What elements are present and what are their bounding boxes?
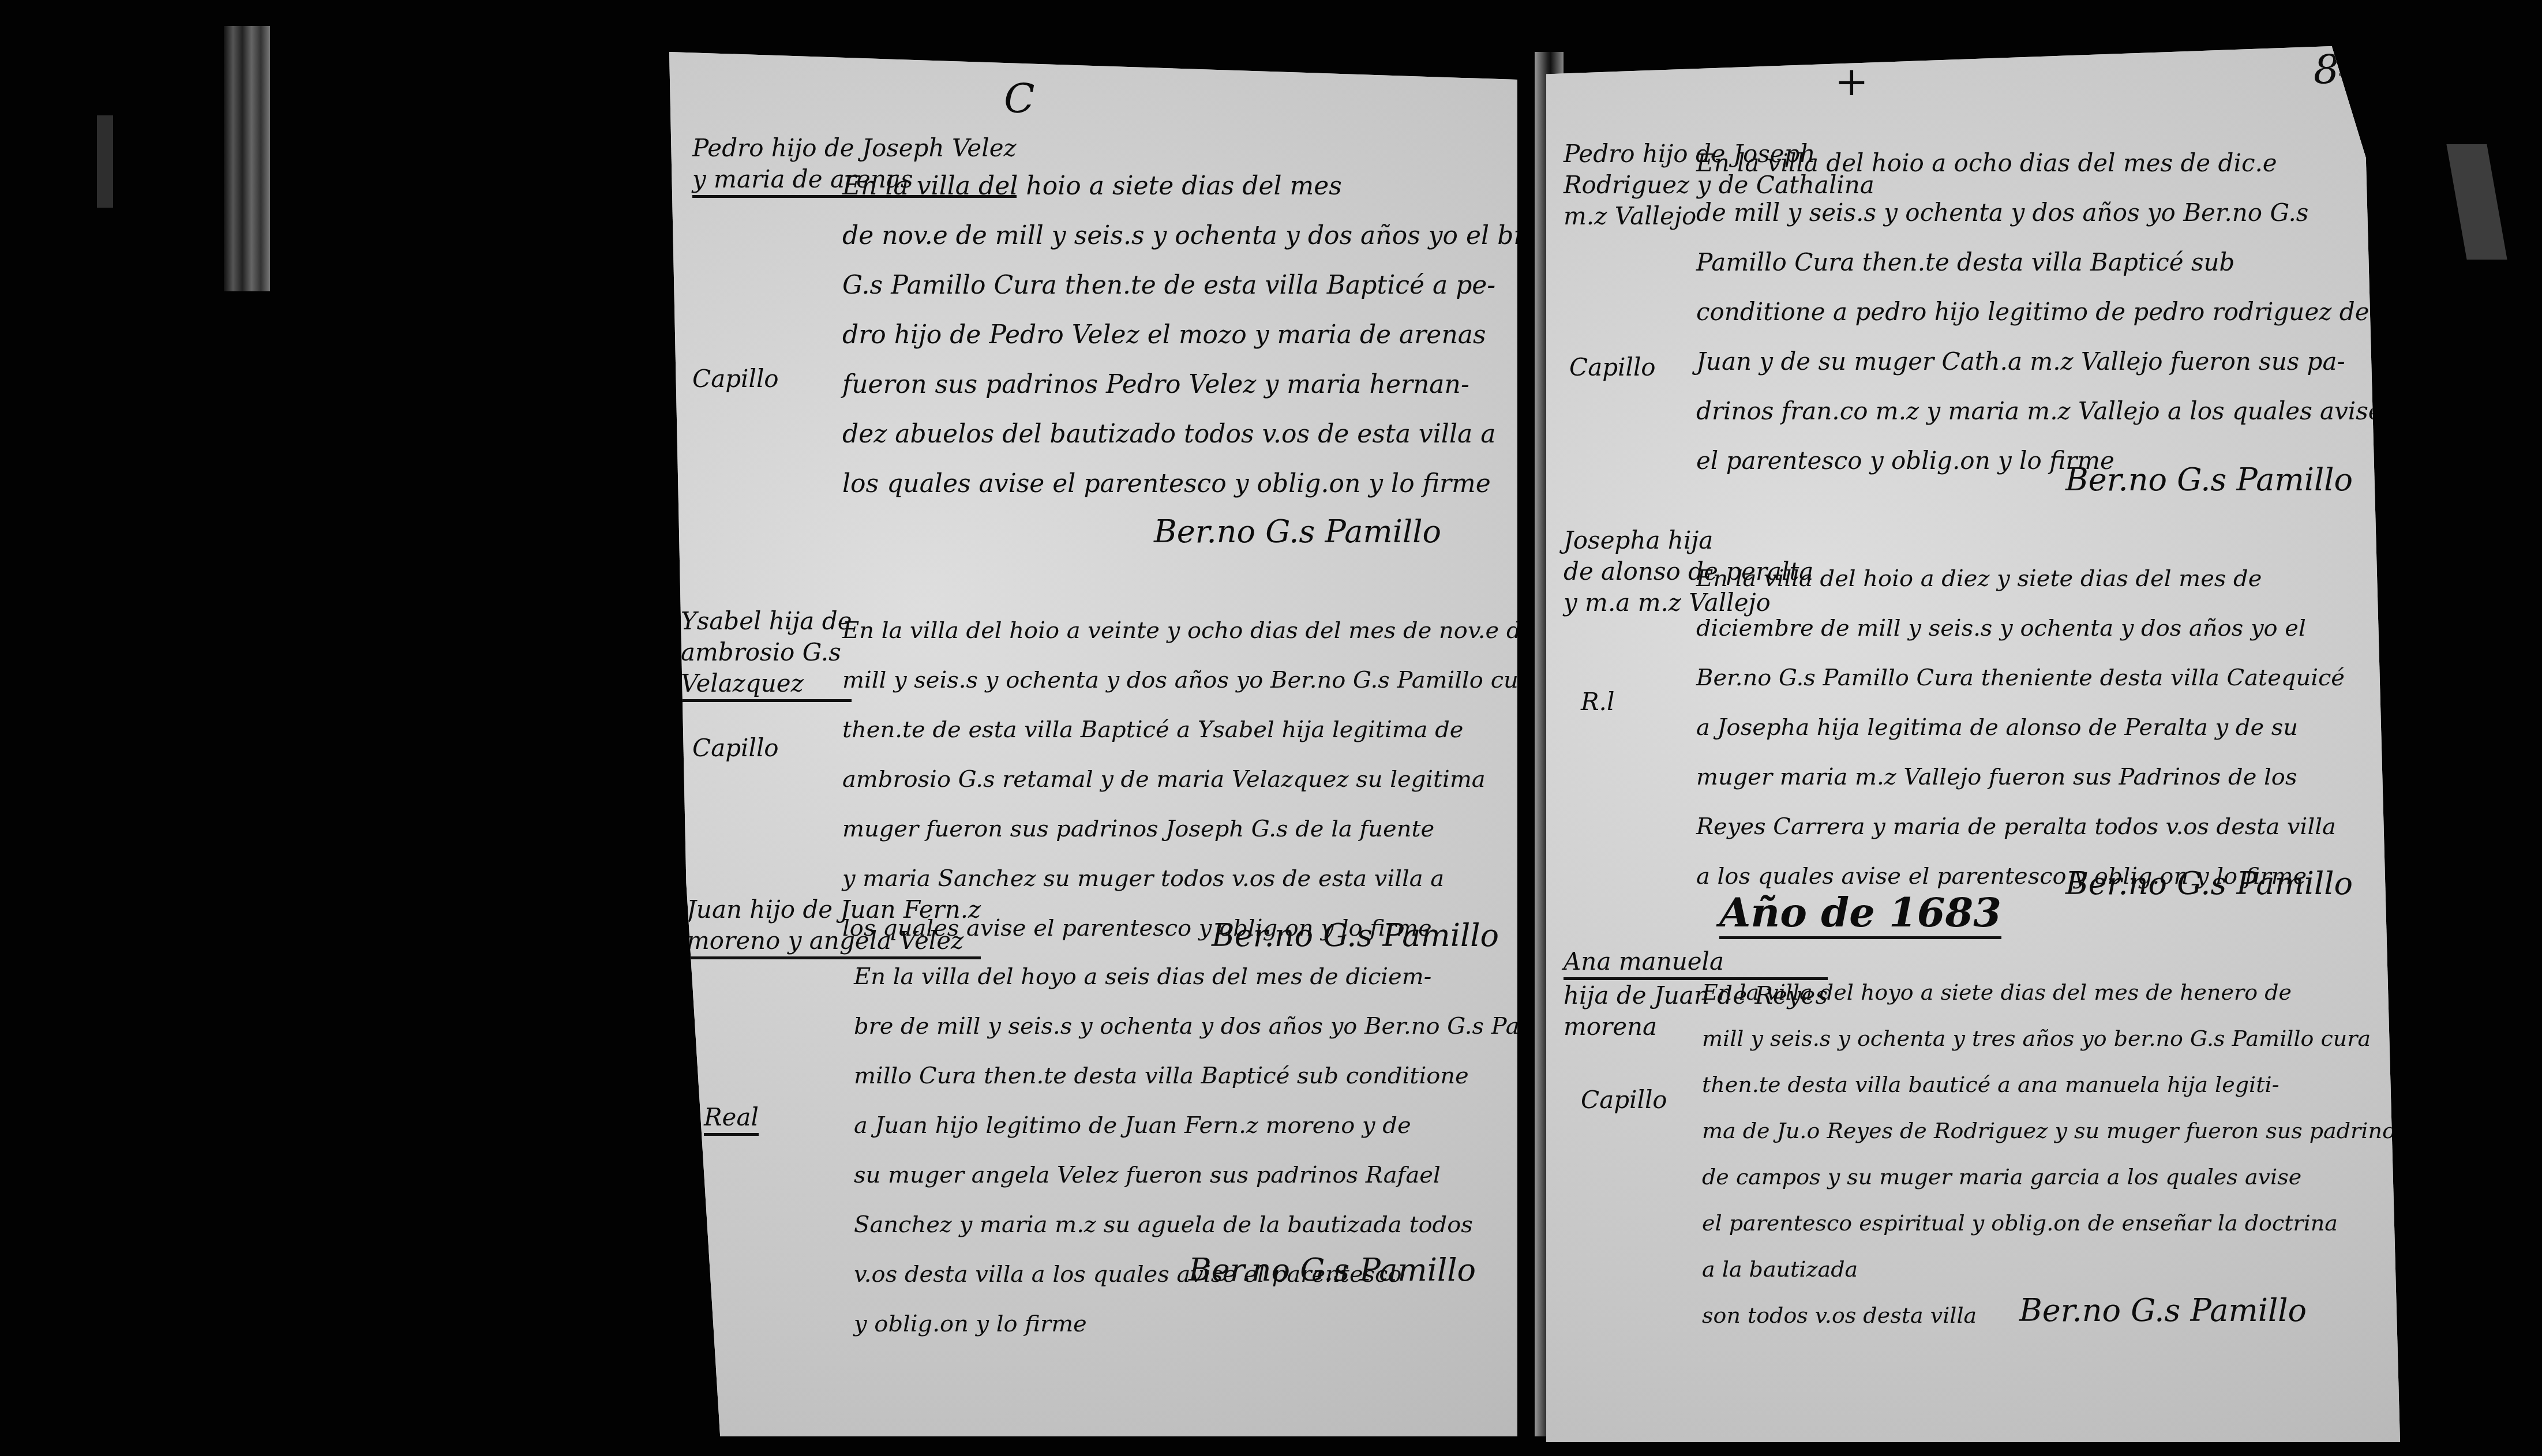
- signature-6: Ber.no G.s Pamillo: [2019, 1292, 2307, 1329]
- year-heading: Año de 1683: [1719, 888, 2001, 939]
- margin-status-4: Capillo: [1569, 352, 1656, 383]
- entry-4-text: En la villa del hoio a ocho dias del mes…: [1696, 138, 2383, 486]
- margin-status-5: R.l: [1581, 686, 1614, 718]
- right-header-mark: +: [1835, 58, 1869, 105]
- signature-5: Ber.no G.s Pamillo: [2065, 865, 2353, 902]
- binding-strip: [97, 115, 113, 208]
- margin-status-3: Real: [704, 1102, 759, 1136]
- entry-1-text: En la villa del hoio a siete dias del me…: [842, 162, 1546, 509]
- signature-1: Ber.no G.s Pamillo: [1154, 513, 1441, 550]
- margin-status-6: Capillo: [1581, 1085, 1667, 1116]
- signature-4: Ber.no G.s Pamillo: [2065, 461, 2353, 498]
- margin-status-1: Capillo: [692, 363, 779, 395]
- signature-2: Ber.no G.s Pamillo: [1212, 917, 1499, 954]
- entry-3-text: En la villa del hoyo a seis dias del mes…: [854, 952, 1527, 1349]
- left-header-mark: C: [1004, 75, 1035, 122]
- entry-5-text: En la villa del hoio a diez y siete dias…: [1696, 554, 2345, 901]
- right-page: 84 + Pedro hijo de Joseph Rodriguez y de…: [1546, 46, 2400, 1442]
- margin-note-2: Ysabel hija de ambrosio G.s Velazquez: [681, 606, 852, 702]
- left-page: C Pedro hijo de Joseph Velez y maria de …: [669, 52, 1517, 1436]
- margin-status-2: Capillo: [692, 733, 779, 764]
- margin-note-3: Juan hijo de Juan Fern.z moreno y angela…: [687, 894, 981, 959]
- entry-6-text: En la villa del hoyo a siete dias del me…: [1702, 969, 2450, 1338]
- signature-3: Ber.no G.s Pamillo: [1188, 1252, 1476, 1288]
- book-page-edges: [224, 26, 270, 291]
